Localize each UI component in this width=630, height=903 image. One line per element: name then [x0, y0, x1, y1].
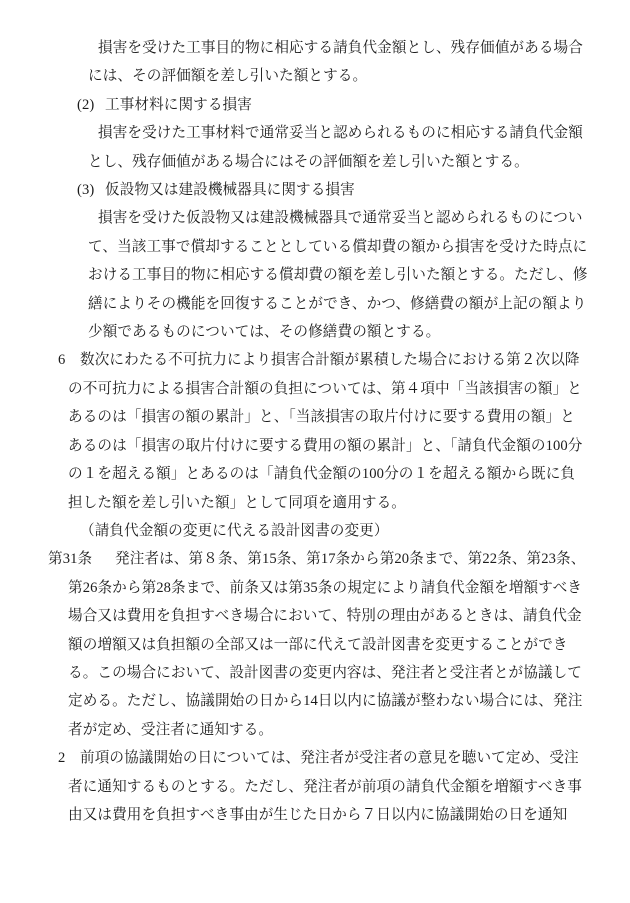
item-header-line: (3)仮設物又は建設機械器具に関する損害 [0, 176, 630, 204]
line-text: には、その評価額を差し引いた額とする。 [88, 62, 367, 90]
line-text: 前項の協議開始の日については、発注者が受注者の意見を聴いて定め、受注 [80, 744, 579, 772]
continuation-line: 第26条から第28条まで、前条又は第35条の規定により請負代金額を増額すべき [0, 574, 630, 602]
line-text: 少額であるものについては、その修繕費の額とする。 [88, 318, 440, 346]
document-page: 損害を受けた工事目的物に相応する請負代金額とし、残存価値がある場合には、その評価… [0, 0, 630, 903]
item-body-line: 損害を受けた工事材料で通常妥当と認められるものに相応する請負代金額 [0, 119, 630, 147]
item-body-line: て、当該工事で償却することとしている償却費の額から損害を受けた時点に [0, 233, 630, 261]
item-header-line: (2)工事材料に関する損害 [0, 91, 630, 119]
line-text: の１を超える額」とあるのは「請負代金額の100分の１を超える額から既に負 [68, 460, 575, 488]
item-body-line: 繕によりその機能を回復することができ、かつ、修繕費の額が上記の額より [0, 290, 630, 318]
paragraph-line: 2前項の協議開始の日については、発注者が受注者の意見を聴いて定め、受注 [0, 744, 630, 772]
item-body-line: には、その評価額を差し引いた額とする。 [0, 62, 630, 90]
line-text: 定める。ただし、協議開始の日から14日以内に協議が整わない場合には、発注 [68, 687, 582, 715]
line-text: 担した額を差し引いた額」として同項を適用する。 [68, 489, 406, 517]
continuation-line: 定める。ただし、協議開始の日から14日以内に協議が整わない場合には、発注 [0, 687, 630, 715]
line-text: て、当該工事で償却することとしている償却費の額から損害を受けた時点に [88, 233, 587, 261]
line-text: 損害を受けた工事目的物に相応する請負代金額とし、残存価値がある場合 [98, 34, 583, 62]
line-text: 由又は費用を負担すべき事由が生じた日から７日以内に協議開始の日を通知 [68, 801, 567, 829]
continuation-line: の不可抗力による損害合計額の負担については、第４項中「当該損害の額」と [0, 375, 630, 403]
line-text: 繕によりその機能を回復することができ、かつ、修繕費の額が上記の額より [88, 290, 586, 318]
item-body-line: 少額であるものについては、その修繕費の額とする。 [0, 318, 630, 346]
item-body-line: 損害を受けた工事目的物に相応する請負代金額とし、残存価値がある場合 [0, 34, 630, 62]
item-body-line: とし、残存価値がある場合にはその評価額を差し引いた額とする。 [0, 148, 630, 176]
line-text: 数次にわたる不可抗力により損害合計額が累積した場合における第２次以降 [80, 346, 580, 374]
line-text: 損害を受けた工事材料で通常妥当と認められるものに相応する請負代金額 [98, 119, 583, 147]
article-line: 第31条発注者は、第８条、第15条、第17条から第20条まで、第22条、第23条… [0, 545, 630, 573]
continuation-line: の１を超える額」とあるのは「請負代金額の100分の１を超える額から既に負 [0, 460, 630, 488]
line-text: 仮設物又は建設機械器具に関する損害 [105, 176, 355, 204]
item-number: (2) [77, 91, 105, 119]
continuation-line: 額の増額又は負担額の全部又は一部に代えて設計図書を変更することができ [0, 631, 630, 659]
continuation-line: あるのは「損害の取片付けに要する費用の額の累計」と、「請負代金額の100分 [0, 432, 630, 460]
continuation-line: 担した額を差し引いた額」として同項を適用する。 [0, 489, 630, 517]
article-number: 第31条 [48, 545, 115, 573]
line-text: 額の増額又は負担額の全部又は一部に代えて設計図書を変更することができ [68, 631, 568, 659]
line-text: 発注者は、第８条、第15条、第17条から第20条まで、第22条、第23条、 [115, 545, 585, 573]
line-text: 場合又は費用を負担すべき場合において、特別の理由があるときは、請負代金 [68, 602, 582, 630]
line-text: （請負代金額の変更に代える設計図書の変更） [80, 517, 389, 545]
line-text: とし、残存価値がある場合にはその評価額を差し引いた額とする。 [88, 148, 529, 176]
continuation-line: 者に通知するものとする。ただし、発注者が前項の請負代金額を増額すべき事 [0, 773, 630, 801]
line-text: 工事材料に関する損害 [105, 91, 252, 119]
paragraph-number: 2 [58, 744, 80, 772]
line-text: 者が定め、受注者に通知する。 [68, 716, 273, 744]
line-text: る。この場合において、設計図書の変更内容は、発注者と受注者とが協議して [68, 659, 582, 687]
paragraph-number: 6 [58, 346, 80, 374]
section-heading-line: （請負代金額の変更に代える設計図書の変更） [0, 517, 630, 545]
continuation-line: 由又は費用を負担すべき事由が生じた日から７日以内に協議開始の日を通知 [0, 801, 630, 829]
item-body-line: 損害を受けた仮設物又は建設機械器具で通常妥当と認められるものについ [0, 204, 630, 232]
line-text: あるのは「損害の額の累計」と、「当該損害の取片付けに要する費用の額」と [68, 403, 575, 431]
line-text: 者に通知するものとする。ただし、発注者が前項の請負代金額を増額すべき事 [68, 773, 582, 801]
line-text: 第26条から第28条まで、前条又は第35条の規定により請負代金額を増額すべき [68, 574, 582, 602]
line-text: 損害を受けた仮設物又は建設機械器具で通常妥当と認められるものについ [98, 204, 583, 232]
line-text: おける工事目的物に相応する償却費の額を差し引いた額とする。ただし、修 [88, 261, 588, 289]
item-body-line: おける工事目的物に相応する償却費の額を差し引いた額とする。ただし、修 [0, 261, 630, 289]
continuation-line: 者が定め、受注者に通知する。 [0, 716, 630, 744]
line-text: あるのは「損害の取片付けに要する費用の額の累計」と、「請負代金額の100分 [68, 432, 582, 460]
continuation-line: 場合又は費用を負担すべき場合において、特別の理由があるときは、請負代金 [0, 602, 630, 630]
continuation-line: あるのは「損害の額の累計」と、「当該損害の取片付けに要する費用の額」と [0, 403, 630, 431]
line-text: の不可抗力による損害合計額の負担については、第４項中「当該損害の額」と [68, 375, 582, 403]
paragraph-line: 6数次にわたる不可抗力により損害合計額が累積した場合における第２次以降 [0, 346, 630, 374]
continuation-line: る。この場合において、設計図書の変更内容は、発注者と受注者とが協議して [0, 659, 630, 687]
item-number: (3) [77, 176, 105, 204]
